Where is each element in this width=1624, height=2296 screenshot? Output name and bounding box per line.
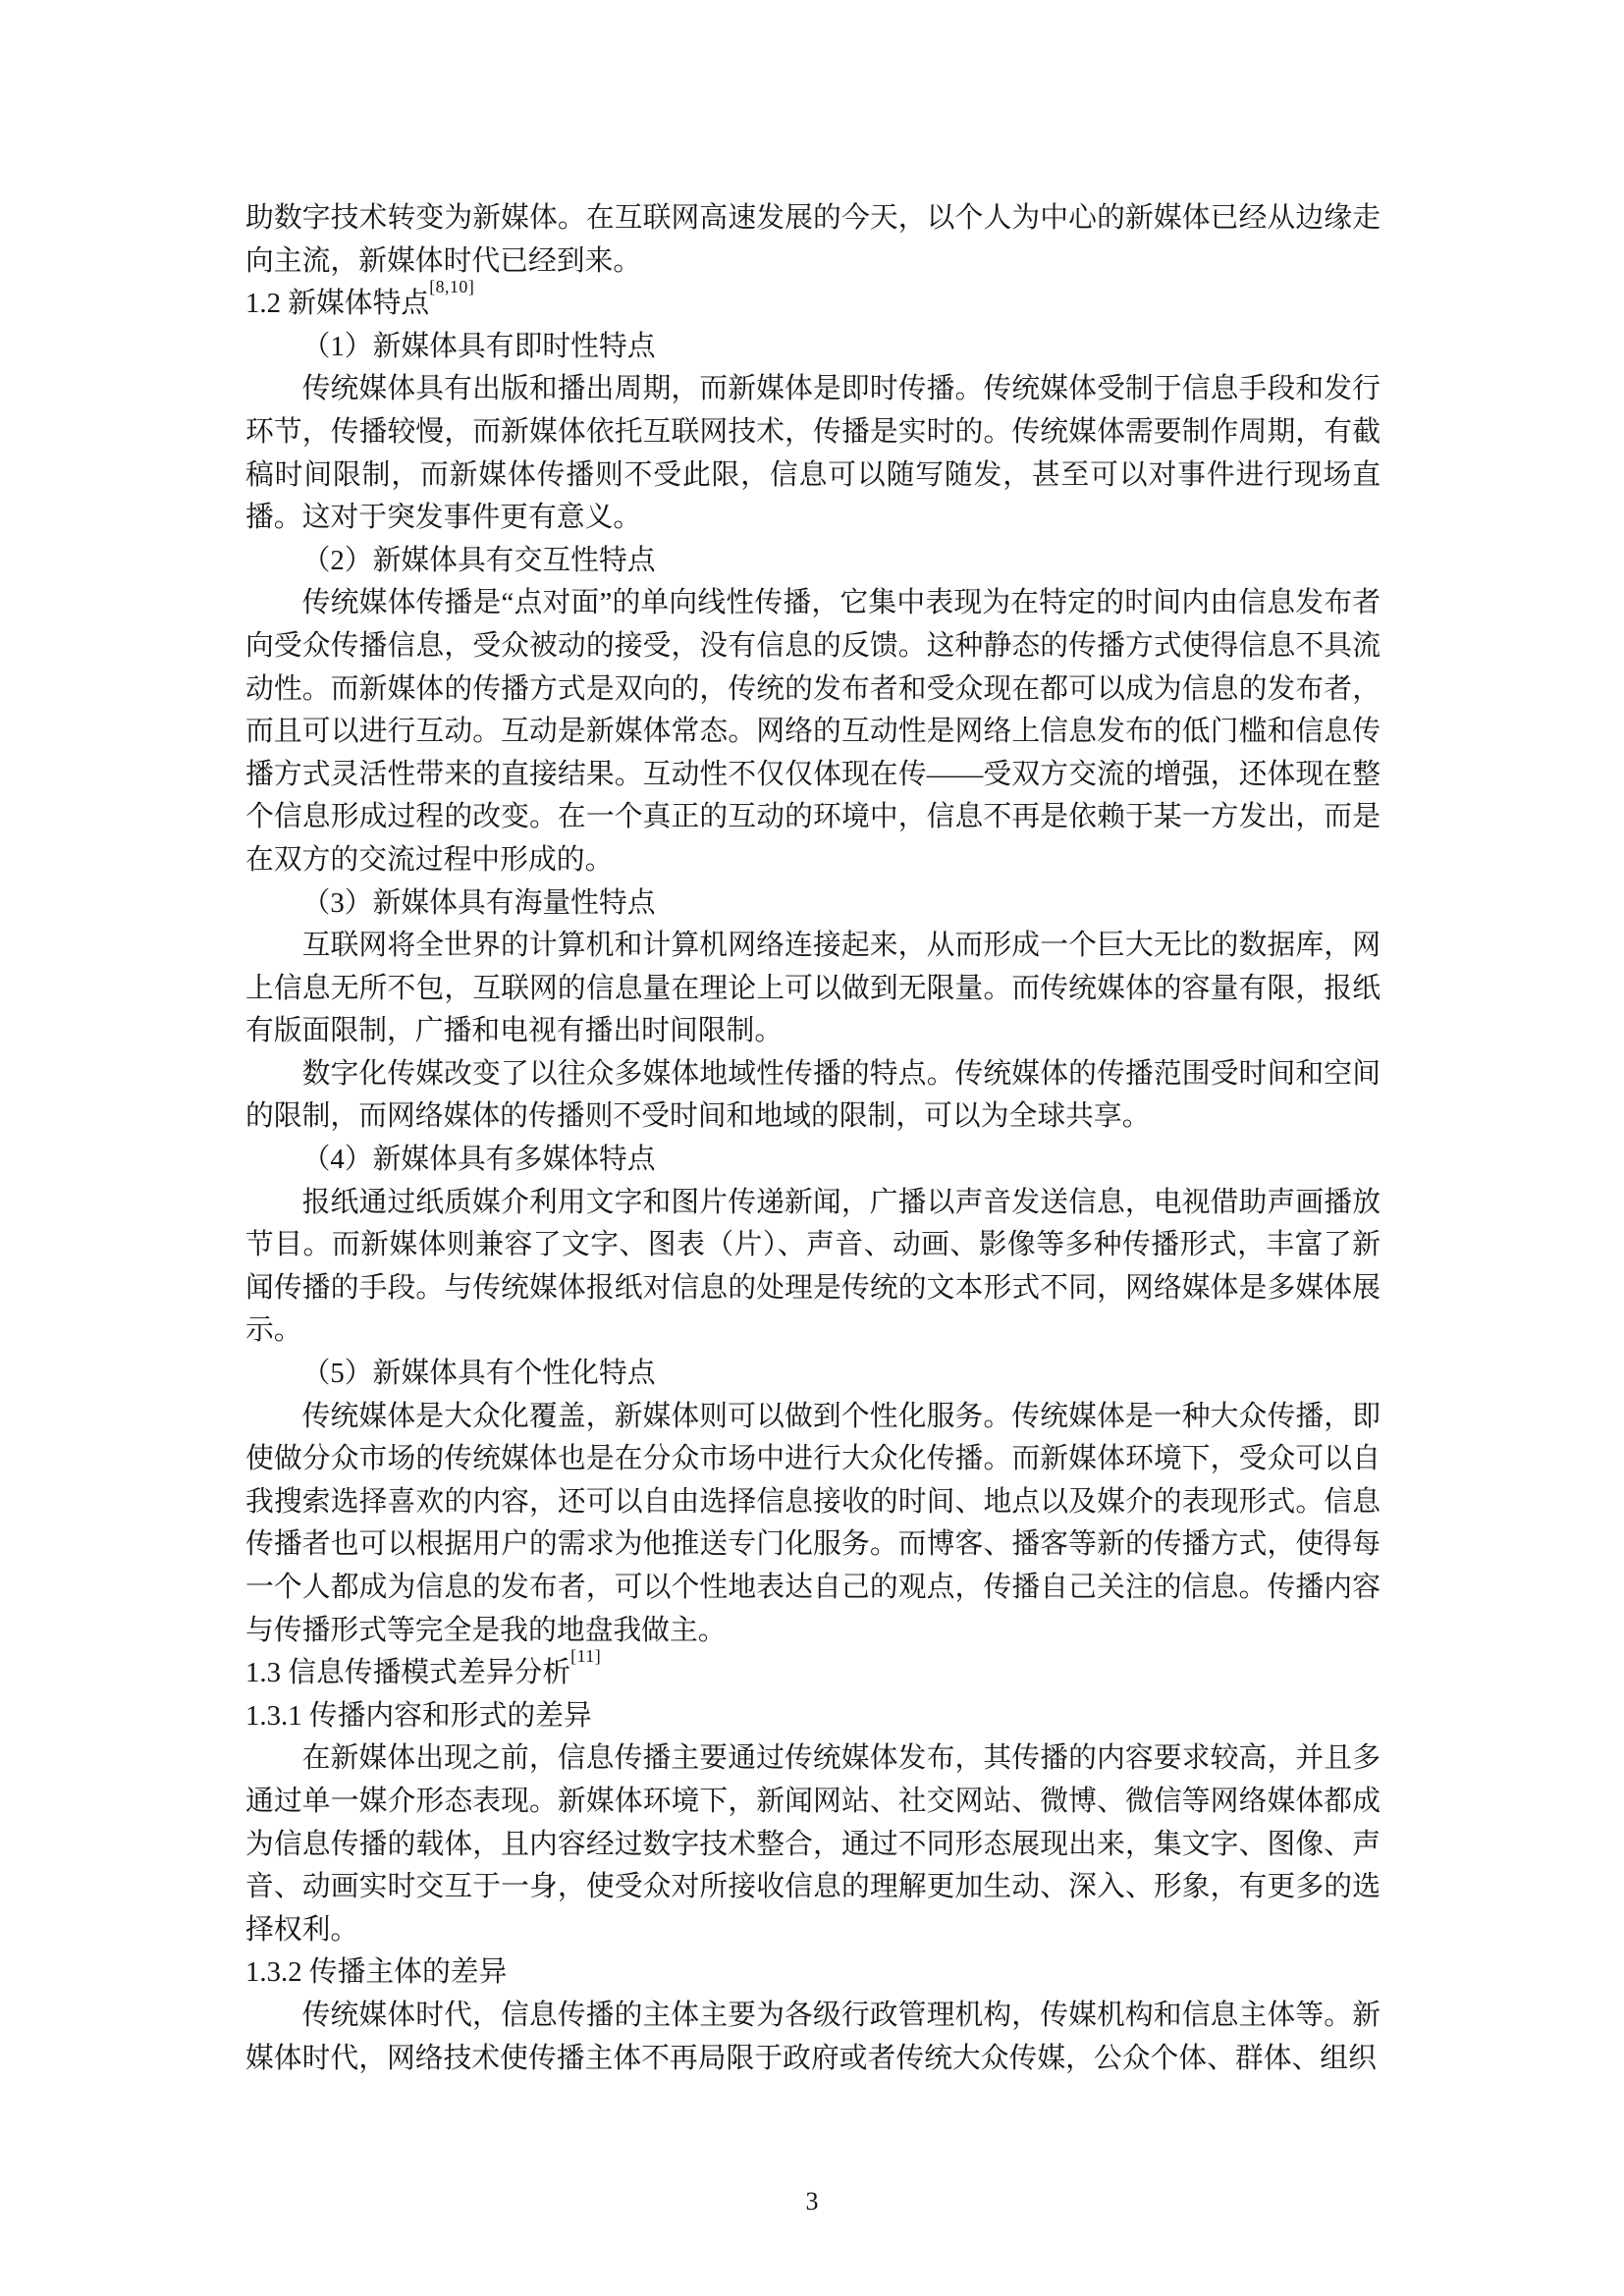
sub-section-heading-1-3-1: 1.3.1 传播内容和形式的差异 — [245, 1695, 1380, 1738]
paragraph: 传统媒体传播是“点对面”的单向线性传播，它集中表现为在特定的时间内由信息发布者向… — [245, 582, 1380, 881]
paragraph: 传统媒体是大众化覆盖，新媒体则可以做到个性化服务。传统媒体是一种大众传播，即使做… — [245, 1396, 1380, 1653]
list-item-heading-4: （4）新媒体具有多媒体特点 — [245, 1139, 1380, 1182]
page-number: 3 — [0, 2187, 1624, 2216]
section-heading-1-3: 1.3 信息传播模式差异分析[11] — [245, 1652, 1380, 1695]
sub-section-heading-1-3-2: 1.3.2 传播主体的差异 — [245, 1951, 1380, 1995]
paragraph-continuation: 助数字技术转变为新媒体。在互联网高速发展的今天，以个人为中心的新媒体已经从边缘走… — [245, 197, 1380, 283]
list-item-heading-5: （5）新媒体具有个性化特点 — [245, 1353, 1380, 1396]
section-heading-text: 1.2 新媒体特点 — [245, 288, 429, 319]
section-heading-1-2: 1.2 新媒体特点[8,10] — [245, 283, 1380, 326]
section-heading-text: 1.3 信息传播模式差异分析 — [245, 1657, 570, 1688]
citation-reference: [8,10] — [429, 277, 474, 296]
page-content: 助数字技术转变为新媒体。在互联网高速发展的今天，以个人为中心的新媒体已经从边缘走… — [245, 197, 1380, 2080]
list-item-heading-2: （2）新媒体具有交互性特点 — [245, 540, 1380, 583]
paragraph: 报纸通过纸质媒介利用文字和图片传递新闻，广播以声音发送信息，电视借助声画播放节目… — [245, 1182, 1380, 1353]
list-item-heading-1: （1）新媒体具有即时性特点 — [245, 326, 1380, 369]
paragraph: 传统媒体具有出版和播出周期，而新媒体是即时传播。传统媒体受制于信息手段和发行环节… — [245, 368, 1380, 539]
list-item-heading-3: （3）新媒体具有海量性特点 — [245, 882, 1380, 926]
paragraph: 互联网将全世界的计算机和计算机网络连接起来，从而形成一个巨大无比的数据库，网上信… — [245, 925, 1380, 1053]
document-page: 助数字技术转变为新媒体。在互联网高速发展的今天，以个人为中心的新媒体已经从边缘走… — [0, 0, 1624, 2296]
paragraph: 传统媒体时代，信息传播的主体主要为各级行政管理机构，传媒机构和信息主体等。新媒体… — [245, 1995, 1380, 2080]
paragraph: 数字化传媒改变了以往众多媒体地域性传播的特点。传统媒体的传播范围受时间和空间的限… — [245, 1053, 1380, 1139]
paragraph: 在新媒体出现之前，信息传播主要通过传统媒体发布，其传播的内容要求较高，并且多通过… — [245, 1737, 1380, 1951]
citation-reference: [11] — [570, 1646, 601, 1666]
